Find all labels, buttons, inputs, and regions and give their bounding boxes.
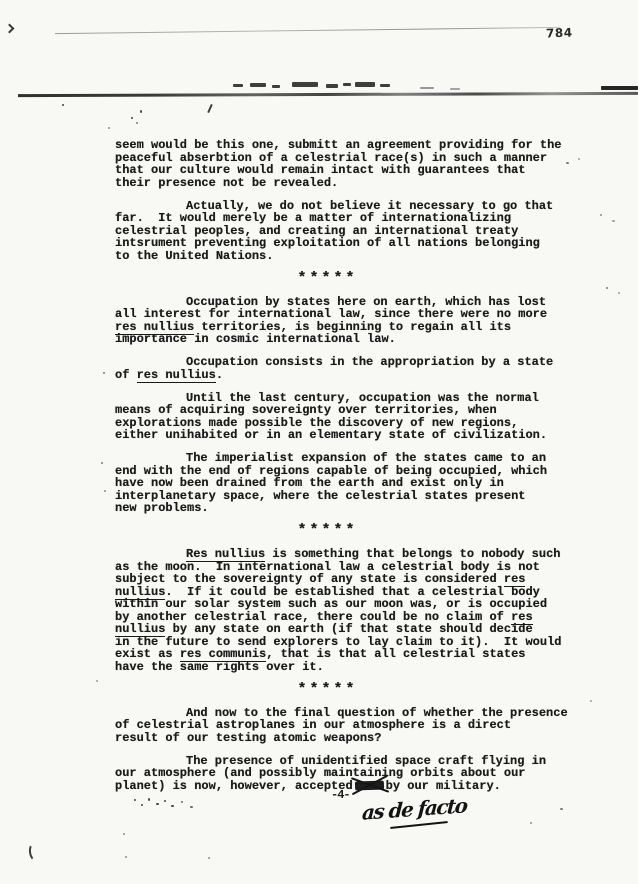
scan-speckle xyxy=(136,122,138,124)
scan-speckle xyxy=(104,490,106,492)
paragraph: The imperialist expansion of the states … xyxy=(115,452,585,515)
document-line: result of our testing atomic weapons? xyxy=(115,732,585,745)
paragraph: Occupation consists in the appropriation… xyxy=(115,356,585,381)
paragraph: seem would be this one, submitt an agree… xyxy=(115,139,585,189)
document-line: all interest for international law, sinc… xyxy=(115,308,585,321)
document-line: within our solar system such as our moon… xyxy=(115,598,585,611)
page-footer-number: -4- xyxy=(331,788,350,802)
section-separator: ***** xyxy=(115,684,585,697)
scan-speckle xyxy=(156,803,159,805)
scan-speckle xyxy=(62,104,64,106)
scan-speckle xyxy=(181,801,183,803)
crossed-out-word xyxy=(354,780,383,790)
page-stamp-number: 784 xyxy=(546,26,573,41)
scan-speckle xyxy=(140,110,142,113)
document-line: either unihabited or in an elementary st… xyxy=(115,429,585,442)
scan-smudge xyxy=(450,88,460,90)
paragraph: Until the last century, occupation was t… xyxy=(115,392,585,442)
paragraph: Actually, we do not believe it necessary… xyxy=(115,200,585,263)
scan-smudge xyxy=(355,82,375,87)
scan-speckle xyxy=(123,833,125,835)
scan-mark-chevron xyxy=(5,24,15,34)
scan-smudge xyxy=(250,83,266,87)
document-line: importance in cosmic international law. xyxy=(115,333,585,346)
document-line: intsrument preventing exploitation of al… xyxy=(115,237,585,250)
document-line: of celestrial astroplanes in our atmosph… xyxy=(115,719,585,732)
scan-smudge xyxy=(272,85,280,88)
paragraph: Occupation by states here on earth, whic… xyxy=(115,296,585,346)
scan-speckle xyxy=(164,800,166,802)
scan-hairline xyxy=(55,27,560,34)
scan-speckle xyxy=(190,806,193,808)
scan-speckle xyxy=(131,117,133,119)
scan-speckle xyxy=(125,856,127,858)
scan-speckle xyxy=(134,799,136,801)
scan-speckle xyxy=(108,127,110,129)
scan-speckle xyxy=(530,822,532,824)
scan-speckle xyxy=(600,214,602,216)
scan-smudge xyxy=(420,87,434,89)
document-line: have now been drained from the earth and… xyxy=(115,477,585,490)
document-line: that our culture would remain intact wit… xyxy=(115,164,585,177)
scan-speckle xyxy=(96,680,98,682)
document-line: far. It would merely be a matter of inte… xyxy=(115,212,585,225)
document-line: nullius by any state on earth (if that s… xyxy=(115,623,585,636)
paragraph: The presence of unidentified space craft… xyxy=(115,755,585,793)
scan-smudge xyxy=(326,84,338,88)
scan-speckle xyxy=(208,857,210,859)
scan-speckle xyxy=(141,804,143,806)
document-line: new problems. xyxy=(115,502,585,515)
underlined-term: res nullius xyxy=(137,368,216,383)
scan-speckle xyxy=(148,798,150,801)
scan-smudge xyxy=(233,84,243,87)
document-line: planet) is now, however, acceptedby our … xyxy=(115,780,585,793)
paragraph: And now to the final question of whether… xyxy=(115,707,585,745)
scan-rule xyxy=(18,92,638,97)
document-line: Occupation consists in the appropriation… xyxy=(115,356,585,369)
section-separator: ***** xyxy=(115,525,585,538)
document-line: their presence not be revealed. xyxy=(115,177,585,190)
handwriting-flourish xyxy=(390,821,448,829)
scan-smudge xyxy=(343,83,351,86)
scan-rule-dash xyxy=(601,86,638,90)
scan-speckle xyxy=(606,287,608,289)
scan-smudge xyxy=(380,84,390,87)
scan-mark-backslash xyxy=(207,104,212,113)
document-line: our atmosphere (and possibly maintaining… xyxy=(115,767,585,780)
document-line: The imperialist expansion of the states … xyxy=(115,452,585,465)
scan-speckle xyxy=(103,372,105,374)
document-body: seem would be this one, submitt an agree… xyxy=(115,139,585,803)
document-line: have the same rights over it. xyxy=(115,661,585,674)
scan-smudge xyxy=(292,82,318,87)
scan-speckle xyxy=(560,808,563,810)
document-line: exist as res communis, that is that all … xyxy=(115,648,585,661)
scanned-document-page: 784 seem would be this one, submitt an a… xyxy=(0,0,638,884)
scan-mark-paren xyxy=(28,842,41,861)
scan-speckle xyxy=(101,462,103,464)
scan-speckle xyxy=(578,158,580,160)
scan-speckle xyxy=(171,805,174,807)
document-line: of res nullius. xyxy=(115,369,585,382)
document-line: means of acquiring sovereignty over terr… xyxy=(115,404,585,417)
scan-speckle xyxy=(590,700,592,702)
paragraph: Res nullius is something that belongs to… xyxy=(115,548,585,673)
section-separator: ***** xyxy=(115,273,585,286)
document-line: Res nullius is something that belongs to… xyxy=(115,548,585,561)
document-line: seem would be this one, submitt an agree… xyxy=(115,139,585,152)
scan-speckle xyxy=(612,220,615,222)
document-line: to the United Nations. xyxy=(115,250,585,263)
scan-speckle xyxy=(618,292,620,294)
scan-speckle xyxy=(566,162,569,164)
document-line: subject to the sovereignty of any state … xyxy=(115,573,585,586)
